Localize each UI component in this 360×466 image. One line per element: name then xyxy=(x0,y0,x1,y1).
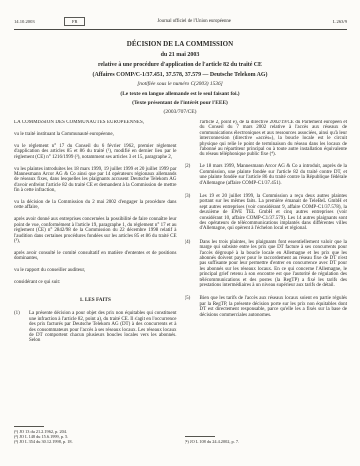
recital-4: (4) Dans les trois plaintes, les plaigna… xyxy=(185,240,348,289)
two-column-body: LA COMMISSION DES COMMUNAUTÉS EUROPÉENNE… xyxy=(14,120,347,444)
decision-title-block: DÉCISION DE LA COMMISSION du 21 mai 2003… xyxy=(0,40,360,115)
preamble-paragraph: après avoir consulté le comité consultat… xyxy=(14,251,177,262)
section-heading-les-faits: 1. LES FAITS xyxy=(14,298,177,303)
notification-number: [notifiée sous le numéro C(2003) 1536] xyxy=(0,81,360,87)
decision-date: du 21 mai 2003 xyxy=(0,52,360,58)
footnote: (⁴) JO L 108 du 24.4.2002, p. 7. xyxy=(185,439,348,444)
preamble-paragraph: après avoir donné aux entreprises concer… xyxy=(14,217,177,244)
header-date: 14.10.2003 xyxy=(14,19,58,24)
recital-1: (1) La présente décision a pour objet de… xyxy=(14,311,177,343)
language-badge: FR xyxy=(64,17,85,26)
recital-number: (3) xyxy=(185,194,200,232)
recital-5: (5) Bien que les tarifs de l'accès aux r… xyxy=(185,296,348,318)
authentic-text-note: (Le texte en langue allemande est le seu… xyxy=(0,91,360,97)
recital-number: (5) xyxy=(185,296,200,318)
eea-relevance-note: (Texte présentant de l'intérêt pour l'EE… xyxy=(0,100,360,106)
recital-2: (2) Le 18 mars 1999, Mannesmann Arcor AG… xyxy=(185,164,348,186)
decision-number: (2003/707/CE) xyxy=(0,109,360,115)
case-reference: (Affaires COMP/C-1/37.451, 37.578, 37.57… xyxy=(0,72,360,78)
recital-text: Le 18 mars 1999, Mannesmann Arcor AG & C… xyxy=(200,164,348,186)
recital-number: (4) xyxy=(185,240,200,289)
decision-subject: relative à une procédure d'application d… xyxy=(0,62,360,68)
page-header: 14.10.2003 FR Journal officiel de l'Unio… xyxy=(14,17,347,26)
footnote-rule xyxy=(185,436,215,437)
recital-text: Bien que les tarifs de l'accès aux résea… xyxy=(200,296,348,318)
preamble-commission-line: LA COMMISSION DES COMMUNAUTÉS EUROPÉENNE… xyxy=(14,120,177,125)
footnote-rule xyxy=(14,426,44,427)
recital-text: Dans les trois plaintes, les plaignants … xyxy=(200,240,348,289)
preamble-paragraph: vu le traité instituant la Communauté eu… xyxy=(14,132,177,137)
page-number: L 263/9 xyxy=(303,19,347,24)
preamble-paragraph: vu les plaintes introduites les 18 mars … xyxy=(14,167,177,194)
left-footnotes: (¹) JO 13 du 21.2.1962, p. 204. (²) JO L… xyxy=(14,426,177,444)
right-footnotes: (⁴) JO L 108 du 24.4.2002, p. 7. xyxy=(185,436,348,444)
header-rule xyxy=(14,29,347,30)
decision-title: DÉCISION DE LA COMMISSION xyxy=(0,40,360,48)
right-column: l'article 2, point e), de la directive 2… xyxy=(185,120,348,444)
recital-text: La présente décision a pour objet des pr… xyxy=(29,311,177,343)
journal-title: Journal officiel de l'Union européenne xyxy=(85,19,303,24)
recital-1-continuation: l'article 2, point e), de la directive 2… xyxy=(185,120,348,158)
recital-number: (2) xyxy=(185,164,200,186)
recital-text: Les 19 et 20 juillet 1999, la Commission… xyxy=(200,194,348,232)
preamble-paragraph: considérant ce qui suit: xyxy=(14,280,177,285)
preamble-paragraph: vu le rapport du conseiller auditeur, xyxy=(14,268,177,273)
recital-number: (1) xyxy=(14,311,29,343)
left-column: LA COMMISSION DES COMMUNAUTÉS EUROPÉENNE… xyxy=(14,120,177,444)
journal-page: 14.10.2003 FR Journal officiel de l'Unio… xyxy=(0,0,360,466)
preamble-paragraph: vu la décision de la Commission du 2 mai… xyxy=(14,200,177,211)
recital-3: (3) Les 19 et 20 juillet 1999, la Commis… xyxy=(185,194,348,232)
footnote: (³) JO L 354 du 30.12.1998, p. 18. xyxy=(14,439,177,444)
preamble-paragraph: vu le règlement n° 17 du Conseil du 6 fé… xyxy=(14,144,177,160)
